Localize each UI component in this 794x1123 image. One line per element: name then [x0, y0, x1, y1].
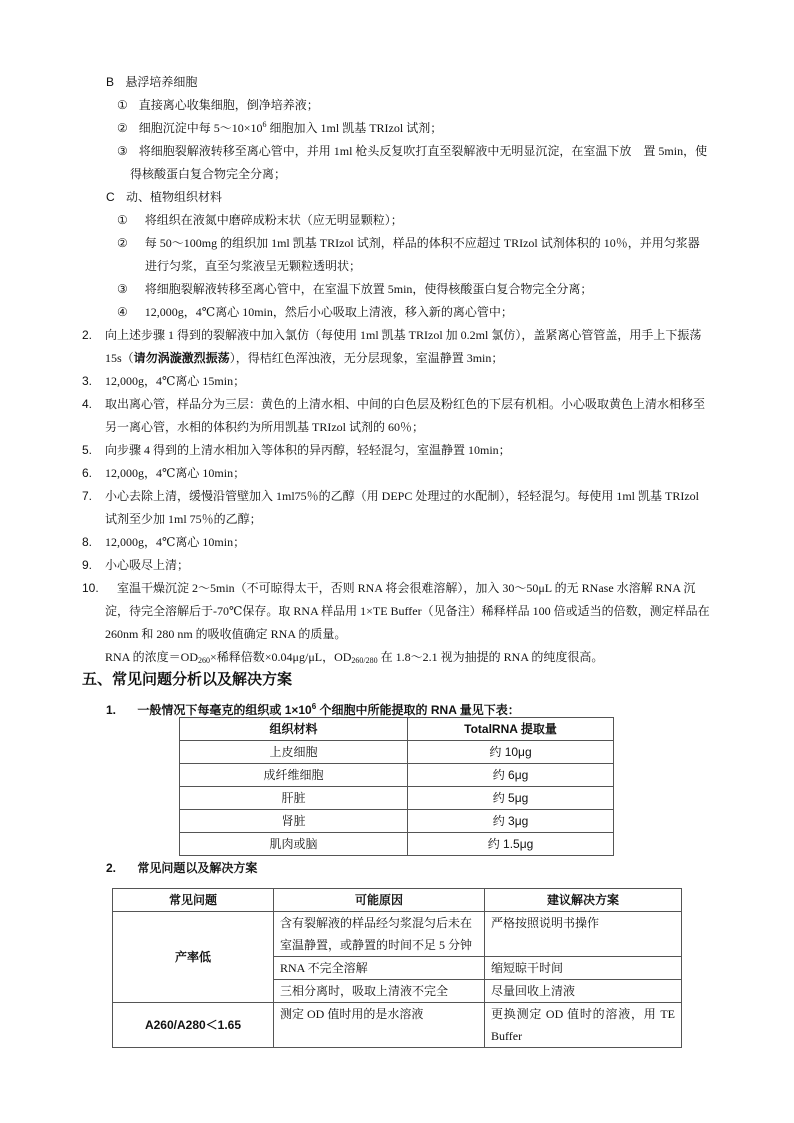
cell-solution: 尽量回收上清液 [485, 980, 682, 1003]
step-7-cont: 试剂至少加 1ml 75％的乙醇； [105, 508, 262, 531]
cell-yield: 约 5μg [408, 787, 614, 810]
cell-yield: 约 1.5μg [408, 833, 614, 856]
cell-cause: RNA 不完全溶解 [274, 957, 485, 980]
step-10-cont-1: 淀，待完全溶解后于-70℃保存。取 RNA 样品用 1×TE Buffer（见备… [105, 600, 710, 623]
step-number: 10. [82, 577, 99, 600]
table-row: 成纤维细胞 约 6μg [180, 764, 614, 787]
step-7: 7. 小心去除上清，缓慢沿管壁加入 1ml75％的乙醇（用 DEPC 处理过的水… [82, 485, 699, 508]
step-number: 3. [82, 370, 92, 393]
step-text: 向上述步骤 1 得到的裂解液中加入氯仿（每使用 1ml 凯基 TRIzol 加 … [105, 328, 701, 342]
step-text: 室温干燥沉淀 2～5min（不可晾得太干，否则 RNA 将会很难溶解），加入 3… [105, 581, 695, 595]
step-2-cont: 15s（请勿涡漩激烈振荡），得桔红色浑浊液，无分层现象，室温静置 3min； [105, 347, 503, 370]
table-row: 上皮细胞 约 10μg [180, 741, 614, 764]
item-text: 将细胞裂解液转移至离心管中，并用 1ml 枪头反复吹打直至裂解液中无明显沉淀，在… [139, 144, 707, 158]
item-text: 每 50～100mg 的组织加 1ml 凯基 TRIzol 试剂，样品的体积不应… [145, 236, 700, 250]
table-header-row: 常见问题 可能原因 建议解决方案 [113, 889, 682, 912]
rna-concentration-formula: RNA 的浓度＝OD260×稀释倍数×0.04μg/μL，OD260/280 在… [105, 646, 603, 669]
cell-cause: 含有裂解液的样品经匀浆混匀后未在室温静置，或静置的时间不足 5 分钟 [274, 912, 485, 957]
cell-tissue: 肌肉或脑 [180, 833, 408, 856]
cell-tissue: 肝脏 [180, 787, 408, 810]
step-4-cont: 另一离心管，水相的体积约为所用凯基 TRIzol 试剂的 60％； [105, 416, 424, 439]
item-text: 将细胞裂解液转移至离心管中，在室温下放置 5min，使得核酸蛋白复合物完全分离； [145, 282, 593, 296]
step-number: 7. [82, 485, 92, 508]
section-b-item-3: ③ 将细胞裂解液转移至离心管中，并用 1ml 枪头反复吹打直至裂解液中无明显沉淀… [117, 140, 707, 163]
cell-cause: 测定 OD 值时用的是水溶液 [274, 1003, 485, 1048]
item-marker: ② [117, 121, 128, 135]
sub-number: 1. [106, 703, 116, 717]
cell-problem: A260/A280＜1.65 [113, 1003, 274, 1048]
col-header-tissue: 组织材料 [180, 718, 408, 741]
step-number: 5. [82, 439, 92, 462]
cell-tissue: 肾脏 [180, 810, 408, 833]
col-header-problem: 常见问题 [113, 889, 274, 912]
step-text: 向步骤 4 得到的上清水相加入等体积的异丙醇，轻轻混匀，室温静置 10min； [105, 443, 511, 457]
table-row: 肌肉或脑 约 1.5μg [180, 833, 614, 856]
item-text: 细胞沉淀中每 5～10×106 细胞加入 1ml 凯基 TRIzol 试剂； [139, 121, 442, 135]
item-text: 将组织在液氮中磨碎成粉末状（应无明显颗粒）； [145, 213, 403, 227]
section-5-title: 五、常见问题分析以及解决方案 [82, 669, 292, 691]
step-3: 3. 12,000g，4℃离心 15min； [82, 370, 245, 393]
step-2: 2. 向上述步骤 1 得到的裂解液中加入氯仿（每使用 1ml 凯基 TRIzol… [82, 324, 701, 347]
rna-yield-table: 组织材料 TotalRNA 提取量 上皮细胞 约 10μg 成纤维细胞 约 6μ… [179, 717, 614, 856]
step-4: 4. 取出离心管，样品分为三层：黄色的上清水相、中间的白色层及粉红色的下层有机相… [82, 393, 705, 416]
section-c-item-4: ④ 12,000g，4℃离心 10min，然后小心吸取上清液，移入新的离心管中； [117, 301, 513, 324]
sub-number: 2. [106, 861, 116, 875]
step-10: 10. 室温干燥沉淀 2～5min（不可晾得太干，否则 RNA 将会很难溶解），… [82, 577, 695, 600]
col-header-solution: 建议解决方案 [485, 889, 682, 912]
cell-problem: 产率低 [113, 912, 274, 1003]
section-c-item-3: ③ 将细胞裂解液转移至离心管中，在室温下放置 5min，使得核酸蛋白复合物完全分… [117, 278, 592, 301]
section-b-label: B [106, 75, 114, 89]
warning-text: 请勿涡漩激烈振荡 [134, 351, 230, 365]
table-row: 肝脏 约 5μg [180, 787, 614, 810]
section-c-heading: C 动、植物组织材料 [106, 186, 222, 209]
cell-yield: 约 6μg [408, 764, 614, 787]
section-c-item-2-cont: 进行匀浆，直至匀浆液呈无颗粒透明状； [145, 255, 361, 278]
step-number: 2. [82, 324, 92, 347]
item-marker: ③ [117, 282, 128, 296]
cell-cause: 三相分离时，吸取上清液不完全 [274, 980, 485, 1003]
table-row: A260/A280＜1.65 测定 OD 值时用的是水溶液 更换测定 OD 值时… [113, 1003, 682, 1048]
item-text: 12,000g，4℃离心 10min，然后小心吸取上清液，移入新的离心管中； [145, 305, 513, 319]
item-marker: ④ [117, 305, 128, 319]
cell-yield: 约 10μg [408, 741, 614, 764]
cell-yield: 约 3μg [408, 810, 614, 833]
step-number: 8. [82, 531, 92, 554]
cell-solution: 缩短晾干时间 [485, 957, 682, 980]
step-number: 6. [82, 462, 92, 485]
cell-tissue: 上皮细胞 [180, 741, 408, 764]
col-header-yield: TotalRNA 提取量 [408, 718, 614, 741]
step-9: 9. 小心吸尽上清； [82, 554, 189, 577]
step-10-cont-2: 260nm 和 280 nm 的吸收值确定 RNA 的质量。 [105, 623, 346, 646]
step-text: 取出离心管，样品分为三层：黄色的上清水相、中间的白色层及粉红色的下层有机相。小心… [105, 397, 705, 411]
section-c-item-2: ② 每 50～100mg 的组织加 1ml 凯基 TRIzol 试剂，样品的体积… [117, 232, 700, 255]
section-c-title: 动、植物组织材料 [126, 190, 222, 204]
troubleshooting-table: 常见问题 可能原因 建议解决方案 产率低 含有裂解液的样品经匀浆混匀后未在室温静… [112, 888, 682, 1048]
col-header-cause: 可能原因 [274, 889, 485, 912]
step-5: 5. 向步骤 4 得到的上清水相加入等体积的异丙醇，轻轻混匀，室温静置 10mi… [82, 439, 511, 462]
item-marker: ③ [117, 144, 128, 158]
cell-tissue: 成纤维细胞 [180, 764, 408, 787]
section-b-item-2: ② 细胞沉淀中每 5～10×106 细胞加入 1ml 凯基 TRIzol 试剂； [117, 117, 442, 140]
section-c-item-1: ① 将组织在液氮中磨碎成粉末状（应无明显颗粒）； [117, 209, 403, 232]
section-b-title: 悬浮培养细胞 [125, 75, 197, 89]
section-5-sub2: 2. 常见问题以及解决方案 [106, 858, 257, 878]
step-8: 8. 12,000g，4℃离心 10min； [82, 531, 245, 554]
cell-solution: 更换测定 OD 值时的溶液，用 TE Buffer [485, 1003, 682, 1048]
table-row: 肾脏 约 3μg [180, 810, 614, 833]
sub-text: 常见问题以及解决方案 [137, 861, 257, 875]
step-text: 12,000g，4℃离心 15min； [105, 374, 245, 388]
section-b-heading: B 悬浮培养细胞 [106, 71, 197, 94]
section-c-label: C [106, 190, 115, 204]
item-marker: ② [117, 236, 128, 250]
step-text: 12,000g，4℃离心 10min； [105, 466, 245, 480]
document-page: B 悬浮培养细胞 ① 直接离心收集细胞，倒净培养液； ② 细胞沉淀中每 5～10… [0, 0, 794, 1123]
section-b-item-1: ① 直接离心收集细胞，倒净培养液； [117, 94, 319, 117]
step-number: 4. [82, 393, 92, 416]
sub-text: 一般情况下每毫克的组织或 1×106 个细胞中所能提取的 RNA 量见下表： [137, 703, 519, 717]
step-6: 6. 12,000g，4℃离心 10min； [82, 462, 245, 485]
cell-solution: 严格按照说明书操作 [485, 912, 682, 957]
table-header-row: 组织材料 TotalRNA 提取量 [180, 718, 614, 741]
step-number: 9. [82, 554, 92, 577]
table-row: 产率低 含有裂解液的样品经匀浆混匀后未在室温静置，或静置的时间不足 5 分钟 严… [113, 912, 682, 957]
section-b-item-3-cont: 得核酸蛋白复合物完全分离； [130, 163, 286, 186]
step-text: 12,000g，4℃离心 10min； [105, 535, 245, 549]
item-marker: ① [117, 213, 128, 227]
step-text: 小心吸尽上清； [105, 558, 189, 572]
step-text: 小心去除上清，缓慢沿管壁加入 1ml75％的乙醇（用 DEPC 处理过的水配制）… [105, 489, 699, 503]
item-text: 直接离心收集细胞，倒净培养液； [139, 98, 319, 112]
item-marker: ① [117, 98, 128, 112]
